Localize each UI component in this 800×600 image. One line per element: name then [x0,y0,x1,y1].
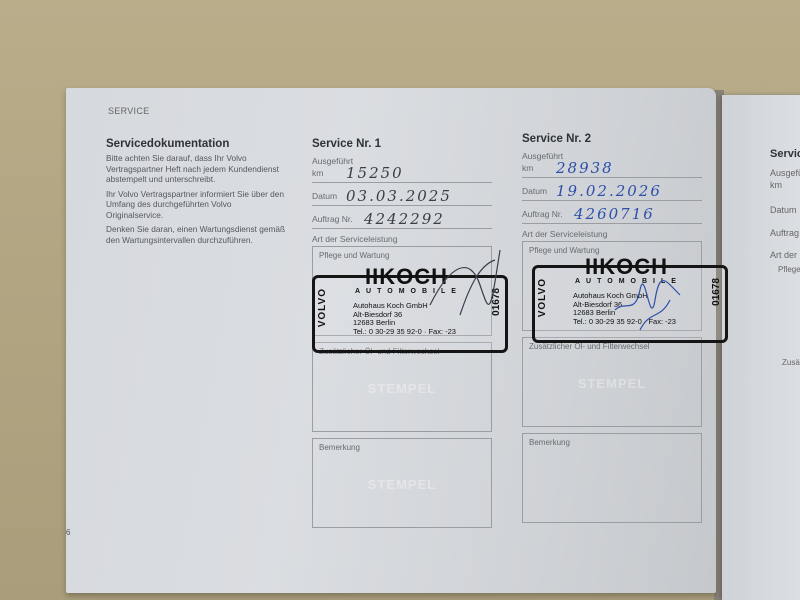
date-field[interactable]: Datum 19.02.2026 [522,178,702,201]
service-type-label: Art der Serviceleistung [522,229,702,239]
order-field[interactable]: Auftrag Nr. 4260716 [522,201,702,224]
intro-block: Servicedokumentation Bitte achten Sie da… [106,138,286,249]
km-field[interactable]: km 28938 [522,161,702,178]
stamp-address-line: Tel.: 0 30-29 35 92-0 · Fax: -23 [353,328,456,337]
km-value: 28938 [556,159,614,177]
date-label: Datum [522,186,547,196]
remark-label: Bemerkung [319,443,360,452]
intro-title: Servicedokumentation [106,138,286,150]
order-label: Auftrag Nr. [522,209,563,219]
next-date-label: Datum [770,205,797,215]
km-label: km [312,168,323,178]
date-label: Datum [312,191,337,201]
next-service-type-label: Art der [770,250,797,260]
intro-paragraph: Denken Sie daran, einen Wartungsdienst g… [106,224,286,245]
stamp-placeholder: STEMPEL [523,376,701,391]
intro-paragraph: Ihr Volvo Vertragspartner informiert Sie… [106,189,286,221]
oil-filter-label: Zusätzlicher Öl- und Filterwechsel [529,342,649,351]
km-value: 15250 [346,164,404,182]
section-label: SERVICE [108,106,149,116]
remark-box: Bemerkung STEMPEL [312,438,492,528]
stamp-placeholder: STEMPEL [313,381,491,396]
stamp-side: VOLVO [317,288,328,327]
order-value: 4242292 [364,210,445,228]
next-order-label: Auftrag [770,228,799,238]
next-performed-label: Ausgefü [770,168,800,178]
oil-filter-box: Zusätzlicher Öl- und Filterwechsel STEMP… [312,342,492,432]
maintenance-label: Pflege und Wartung [319,251,389,260]
date-value: 19.02.2026 [556,182,662,200]
remark-label: Bemerkung [529,438,570,447]
remark-box: Bemerkung [522,433,702,523]
stamp-number: 01678 [711,278,722,306]
date-value: 03.03.2025 [346,187,452,205]
signature-2 [610,270,690,340]
service-title: Service Nr. 1 [312,138,492,150]
stamp-side: VOLVO [537,278,548,317]
signature-1 [420,245,510,325]
service-title: Service Nr. 2 [522,133,702,145]
order-value: 4260716 [574,205,655,223]
oil-filter-box: Zusätzlicher Öl- und Filterwechsel STEMP… [522,337,702,427]
next-km-label: km [770,180,782,190]
page-number: 6 [66,528,70,537]
next-oil-filter-label: Zusä [782,358,800,367]
next-service-title: Servic [770,148,800,160]
intro-paragraph: Bitte achten Sie darauf, dass Ihr Volvo … [106,153,286,185]
next-maintenance-label: Pflege [778,265,800,274]
service-type-label: Art der Serviceleistung [312,234,492,244]
date-field[interactable]: Datum 03.03.2025 [312,183,492,206]
stamp-placeholder: STEMPEL [313,477,491,492]
order-label: Auftrag Nr. [312,214,353,224]
km-label: km [522,163,533,173]
km-field[interactable]: km 15250 [312,166,492,183]
order-field[interactable]: Auftrag Nr. 4242292 [312,206,492,229]
